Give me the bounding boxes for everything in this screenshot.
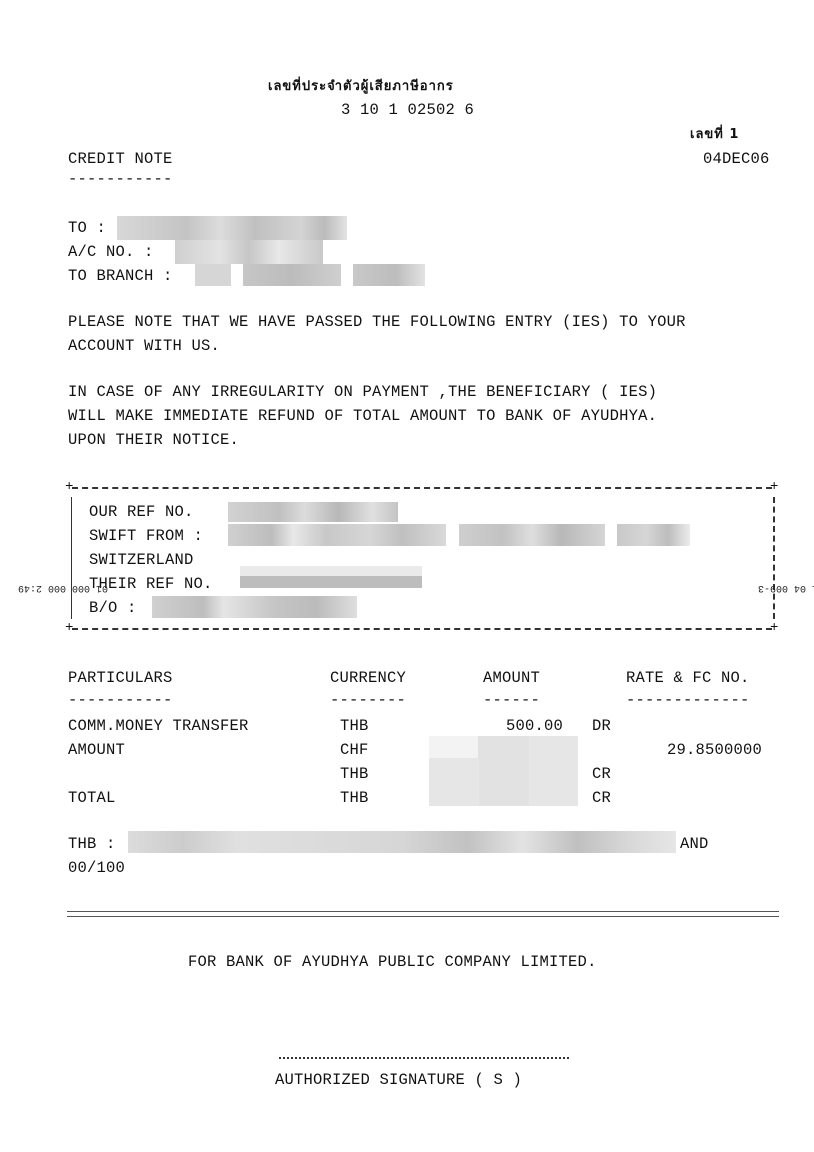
row-drcr: DR <box>592 717 611 735</box>
country-label: SWITZERLAND <box>89 551 194 569</box>
underline-particulars: ----------- <box>68 691 173 709</box>
underline-rate: ------------- <box>626 691 750 709</box>
row-particulars: TOTAL <box>68 789 116 807</box>
bank-name: FOR BANK OF AYUDHYA PUBLIC COMPANY LIMIT… <box>188 953 597 971</box>
swift-from-label: SWIFT FROM : <box>89 527 203 545</box>
title-underline: ----------- <box>68 170 173 188</box>
box-right-border <box>773 497 775 619</box>
redacted-branch-part2 <box>243 264 341 286</box>
box-corner: + <box>770 480 778 494</box>
account-number-label: A/C NO. : <box>68 243 154 261</box>
tax-id-label: เลขที่ประจำตัวผู้เสียภาษีอากร <box>268 78 454 96</box>
row-drcr: CR <box>592 789 611 807</box>
signature-line <box>279 1057 569 1059</box>
row-rate: 29.8500000 <box>667 741 762 759</box>
signature-label: AUTHORIZED SIGNATURE ( S ) <box>275 1071 522 1089</box>
amount-words-prefix: THB : <box>68 835 116 853</box>
redacted-swift-sender-2 <box>459 524 605 546</box>
tax-id-number: 3 10 1 02502 6 <box>341 101 474 119</box>
row-currency: CHF <box>340 741 369 759</box>
irregularity-line-2: WILL MAKE IMMEDIATE REFUND OF TOTAL AMOU… <box>68 407 657 425</box>
notice-line-2: ACCOUNT WITH US. <box>68 337 220 355</box>
bo-label: B/O : <box>89 599 137 617</box>
redacted-bo <box>152 596 357 618</box>
row-currency: THB <box>340 765 369 783</box>
amount-words-cents: 00/100 <box>68 859 125 877</box>
header-particulars: PARTICULARS <box>68 669 173 687</box>
amount-words-suffix: AND <box>680 835 709 853</box>
row-particulars: COMM.MONEY TRANSFER <box>68 717 249 735</box>
box-corner: + <box>770 621 778 635</box>
document-number: เลขที่ 1 <box>690 126 739 144</box>
underline-amount: ------ <box>483 691 540 709</box>
box-left-border <box>71 497 72 619</box>
redacted-their-ref <box>240 566 422 588</box>
row-drcr: CR <box>592 765 611 783</box>
redacted-swift-sender-3 <box>617 524 690 546</box>
branch-label: TO BRANCH : <box>68 267 173 285</box>
box-bottom-border <box>72 628 772 630</box>
document-title: CREDIT NOTE <box>68 150 173 168</box>
redacted-our-ref <box>228 502 398 522</box>
box-corner: + <box>65 621 73 635</box>
redacted-amounts-lower <box>429 758 479 806</box>
our-ref-label: OUR REF NO. <box>89 503 194 521</box>
redacted-account-number <box>175 240 323 264</box>
box-top-border <box>72 487 772 489</box>
double-rule-divider <box>67 911 779 917</box>
header-rate: RATE & FC NO. <box>626 669 750 687</box>
box-corner: + <box>65 480 73 494</box>
row-amount: 500.00 <box>506 717 563 735</box>
row-particulars: AMOUNT <box>68 741 125 759</box>
right-stamp: 01 04 009-3 <box>758 582 814 593</box>
header-amount: AMOUNT <box>483 669 540 687</box>
irregularity-line-1: IN CASE OF ANY IRREGULARITY ON PAYMENT ,… <box>68 383 657 401</box>
document-date: 04DEC06 <box>703 150 770 168</box>
header-currency: CURRENCY <box>330 669 406 687</box>
row-currency: THB <box>340 789 369 807</box>
left-stamp: 01 000 000 2:49 <box>18 582 108 593</box>
redacted-branch-part3 <box>353 264 425 286</box>
to-label: TO : <box>68 219 106 237</box>
redacted-recipient-name <box>117 216 347 240</box>
redacted-swift-sender-1 <box>228 524 446 546</box>
redacted-amount-words <box>128 831 676 853</box>
row-currency: THB <box>340 717 369 735</box>
irregularity-line-3: UPON THEIR NOTICE. <box>68 431 239 449</box>
notice-line-1: PLEASE NOTE THAT WE HAVE PASSED THE FOLL… <box>68 313 686 331</box>
redacted-branch-part1 <box>195 264 231 286</box>
underline-currency: -------- <box>330 691 406 709</box>
